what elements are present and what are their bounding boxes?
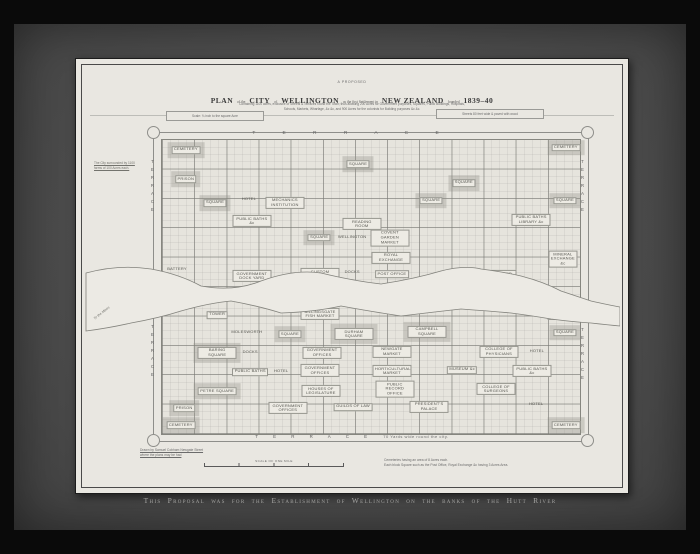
block-label: HOUSES OF LEGISLATURE [301,385,340,397]
terrace-label-left-upper: TERRACE [150,159,155,215]
streets-note-box: Streets 80 feet wide & paved with wood [436,109,544,119]
left-note-line2: farms of 100 Acres each. [94,166,150,171]
left-margin-note: The City surrounded by 1100 farms of 100… [94,161,150,171]
terrace-label-bottom: T E R R A C E 70 Yards wide round the ci… [76,434,628,439]
cemeteries-note: Cemeteries having an area of 8 Acres eac… [384,458,508,468]
block-label: SQUARE [204,199,227,207]
photograph: { "photo": { "caption": "This Proposal w… [0,0,700,554]
block-label: SQUARE [346,160,369,168]
block-label: GOVERNMENT OFFICES [268,402,307,414]
block-label: CEMETERY [551,144,580,152]
block-label: SQUARE [308,234,331,242]
scale-note-box: Scale: ¾ inch to the square Acre [166,111,264,121]
block-label: PUBLIC BATHS [232,368,268,376]
block-label: COLLEGE OF PHYSICIANS [479,346,518,358]
block-label: PRISON [175,175,197,183]
block-label: COLLEGE OF SURGEONS [476,383,515,395]
block-label: READING ROOM [342,218,381,230]
block-label: CEMETERY [551,421,580,429]
map-subtitle-line1: Containing 1100 acres, exclusive of Stre… [76,102,628,106]
block-label: PRESIDENT'S PALACE [410,401,449,413]
block-label: HOTEL [240,197,257,203]
terrace-bottom-word: T E R R A C E [255,434,374,439]
block-label: PUBLIC BATHS &c [232,215,271,227]
block-label: BARING SQUARE [198,347,237,359]
block-label: HOTEL [272,369,289,375]
block-label: GUILDS OF LAW [334,403,373,411]
block-label: HOTEL [527,401,544,407]
drawn-by-line2: where the plans may be had [140,453,203,458]
cemeteries-note-line2: Each block Square such as the Post Offic… [384,463,508,468]
hutt-river [84,254,620,344]
river-band [86,267,620,331]
block-label: DOCKS [241,350,259,356]
map-pretitle: A PROPOSED [76,80,628,84]
map-subtitle-line2: Schools, Markets, Wharfage, &c &c, and 9… [76,107,628,111]
block-label: PUBLIC RECORD OFFICE [375,381,414,398]
block-label: PETRE SQUARE [198,387,237,395]
block-label: MECHANICS INSTITUTION [265,197,304,209]
map-sheet: A PROPOSED PLAN of the CITY of WELLINGTO… [75,58,629,494]
block-label: WELLINGTON [337,235,368,241]
block-label: SQUARE [452,179,475,187]
block-label: PUBLIC BATHS LIBRARY &c [512,214,551,226]
block-label: GOVERNMENT OFFICES [303,347,342,359]
drawn-by-note: Drawn by Samuel Cobham Newgate Street wh… [140,448,203,458]
block-label: HORTICULTURAL MARKET [372,365,411,377]
corner-bastion-top-left [147,126,160,139]
scale-bar-rule [204,463,344,467]
block-label: PUBLIC BATHS &c [512,365,551,377]
scale-bar: SCALE OF ONE MILE [204,459,344,467]
terrace-label-right-upper: TERRACE [580,159,585,215]
block-label: COVENT GARDEN MARKET [370,230,409,247]
block-label: CEMETERY [171,146,200,154]
terrace-bottom-suffix: 70 Yards wide round the city. [383,434,448,439]
block-label: SQUARE [420,197,443,205]
block-label: SQUARE [553,197,576,205]
block-label: PRISON [173,404,195,412]
block-label: CEMETERY [166,421,195,429]
block-label: HOTEL [528,348,545,354]
corner-bastion-top-right [581,126,594,139]
block-label: NEWGATE MARKET [372,346,411,358]
block-label: MUSEUM &c [447,366,477,374]
mount-caption: This Proposal was for the Establishment … [0,496,700,505]
block-label: GOVERNMENT OFFICES [301,364,340,376]
photo-mount: A PROPOSED PLAN of the CITY of WELLINGTO… [14,24,686,530]
